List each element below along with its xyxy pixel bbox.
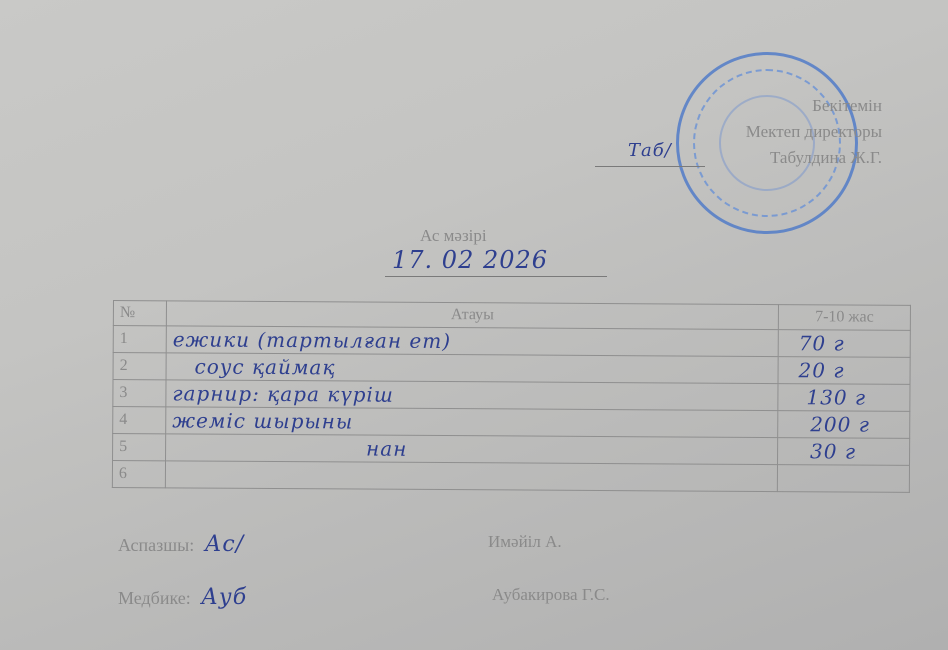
- document-title: Ас мәзірі: [420, 226, 487, 246]
- dish-name: нан: [166, 434, 778, 465]
- cook-signature: Ас/: [205, 532, 244, 557]
- approval-line-2: Мектеп директоры: [690, 119, 882, 145]
- dish-portion: 30 г: [778, 438, 910, 466]
- dish-name: жеміс шырыны: [166, 407, 778, 438]
- header-number: №: [113, 301, 166, 326]
- row-number: 1: [113, 326, 166, 353]
- director-signature-line: [595, 166, 705, 167]
- cook-label: Аспазшы:: [118, 535, 194, 555]
- header-name: Атауы: [166, 301, 778, 330]
- date-underline: [385, 276, 607, 277]
- nurse-signature: Ауб: [201, 585, 247, 610]
- row-number: 6: [112, 461, 165, 488]
- nurse-signature-row: Медбике: Ауб: [118, 585, 247, 610]
- dish-portion: 20 г: [778, 357, 910, 385]
- approval-line-3: Табулдина Ж.Г.: [690, 145, 882, 171]
- cook-name: Имәйіл А.: [488, 532, 562, 552]
- row-number: 5: [113, 434, 166, 461]
- dish-name: ежики (тартылған ет): [166, 326, 778, 357]
- row-number: 3: [113, 380, 166, 407]
- dish-name: соус қаймақ: [166, 353, 778, 384]
- approval-line-1: Бекітемін: [690, 93, 882, 119]
- dish-name: [165, 461, 777, 492]
- approval-block: Бекітемін Мектеп директоры Табулдина Ж.Г…: [690, 93, 882, 171]
- cook-signature-row: Аспазшы: Ас/: [118, 532, 244, 557]
- dish-name: гарнир: қара күріш: [166, 380, 778, 411]
- dish-portion: 200 г: [778, 411, 910, 439]
- document-date: 17. 02 2026: [392, 246, 548, 274]
- menu-table: № Атауы 7-10 жас 1 ежики (тартылған ет) …: [112, 300, 911, 493]
- nurse-name: Аубакирова Г.С.: [492, 585, 610, 605]
- dish-portion: 130 г: [778, 384, 910, 412]
- row-number: 4: [113, 407, 166, 434]
- nurse-label: Медбике:: [118, 588, 191, 608]
- dish-portion: 70 г: [778, 330, 910, 358]
- header-portion: 7-10 жас: [778, 305, 910, 331]
- row-number: 2: [113, 353, 166, 380]
- table-row: 6: [112, 461, 909, 493]
- dish-portion: [777, 465, 909, 493]
- director-signature: Таб/: [628, 140, 672, 161]
